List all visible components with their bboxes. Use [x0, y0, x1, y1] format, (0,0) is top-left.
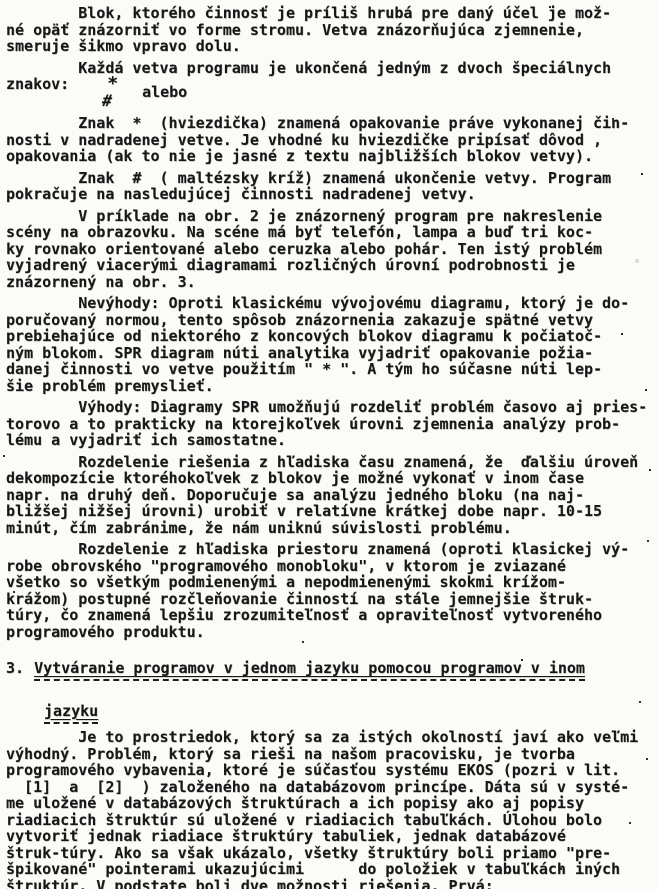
- scan-noise: [0, 0, 2, 2]
- maltese-cross-symbol: #: [101, 93, 113, 110]
- paragraph-cross-meaning: Znak # ( maltézsky kríž) znamená ukončen…: [6, 170, 652, 203]
- section-number: 3.: [6, 660, 24, 677]
- symbols-label: znakov:: [6, 75, 69, 93]
- paragraph-branch-termination-intro: Každá vetva programu je ukončená jedným …: [6, 60, 652, 77]
- paragraph-disadvantages: Nevýhody: Oproti klasickému vývojovému d…: [6, 295, 652, 394]
- paragraph-time-division: Rozdelenie riešenia z hľadiska času znam…: [6, 454, 652, 537]
- paragraph-block-refinement: Blok, ktorého činnosť je príliš hrubá pr…: [6, 5, 652, 55]
- section-heading: 3.Vytváranie programov v jednom jazyku p…: [6, 660, 652, 677]
- section-title-line2: jazyku: [44, 702, 98, 724]
- paragraph-advantages: Výhody: Diagramy SPR umožňujú rozdeliť p…: [6, 399, 652, 449]
- paragraph-asterisk-meaning: Znak * (hviezdička) znamená opakovanie p…: [6, 115, 652, 165]
- paragraph-space-division: Rozdelenie z hľadiska priestoru znamená …: [6, 541, 652, 640]
- section-title-line1: Vytváranie programov v jednom jazyku pom…: [34, 659, 585, 681]
- maltese-cross-row: #: [6, 93, 652, 110]
- document-page: Blok, ktorého činnosť je príliš hrubá pr…: [0, 0, 658, 889]
- section-heading-line2: jazyku: [44, 703, 652, 720]
- or-word: alebo: [142, 84, 187, 101]
- paragraph-example-fig2: V príklade na obr. 2 je znázornený progr…: [6, 208, 652, 291]
- paragraph-ekos-system: Je to prostriedok, ktorý sa za istých ok…: [6, 729, 652, 889]
